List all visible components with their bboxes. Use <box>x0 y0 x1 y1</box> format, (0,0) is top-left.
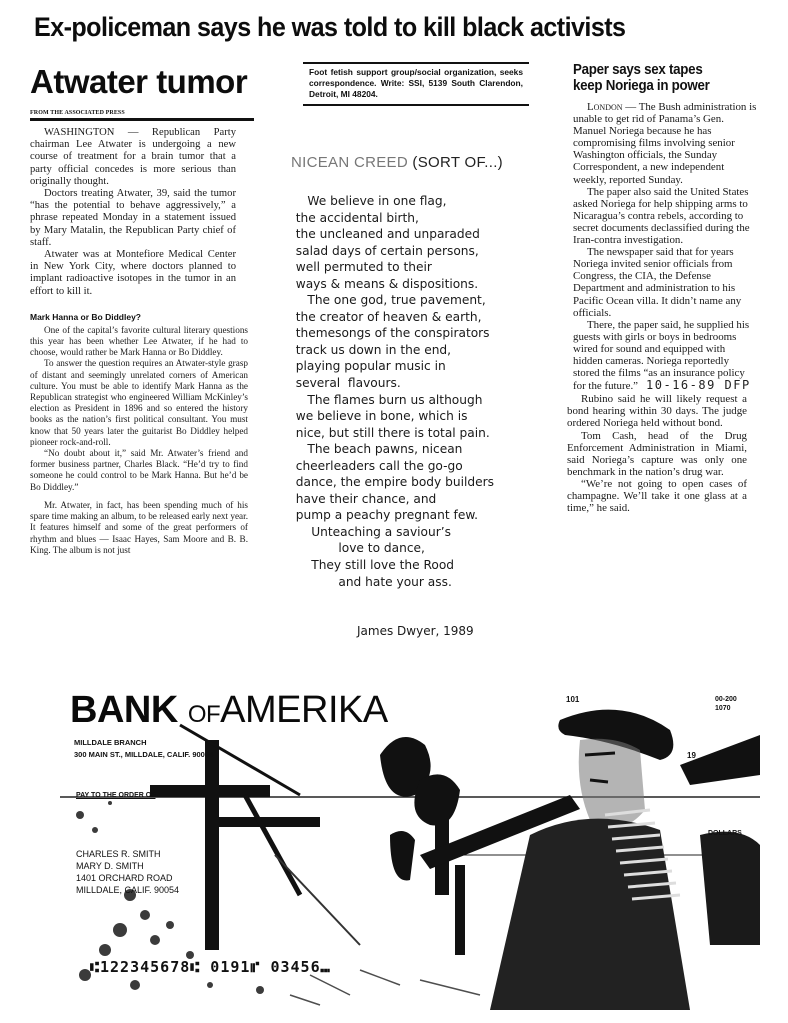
bank-logo: BANK OFAMERIKA <box>70 689 388 732</box>
poem-title-suffix: (SORT OF...) <box>412 154 503 171</box>
rubino-paragraph: Rubino said he will likely request a bon… <box>567 393 747 429</box>
poem-text: We believe in one flag, the accidental b… <box>288 193 535 590</box>
dateline: London <box>587 101 623 113</box>
poem-title-main: NICEAN CREED <box>291 154 408 171</box>
atwater-paragraph: One of the capital’s favorite cultural l… <box>30 325 248 359</box>
atwater-paragraph: “No doubt about it,” said Mr. Atwater’s … <box>30 448 248 493</box>
atwater-subhead: Mark Hanna or Bo Diddley? <box>30 312 250 322</box>
routing-fraction: 00-200 1070 <box>715 695 737 713</box>
bank-name-part3: AMERIKA <box>220 689 388 731</box>
branch-line2: 300 MAIN ST., MILLDALE, CALIF. 90054 <box>74 749 213 761</box>
byline: FROM THE ASSOCIATED PRESS <box>30 110 250 116</box>
bank-check-collage: BANK OFAMERIKA MILLDALE BRANCH 300 MAIN … <box>60 685 760 1010</box>
dollars-label: DOLLARS <box>708 830 742 837</box>
atwater-paragraph: To answer the question requires an Atwat… <box>30 358 248 448</box>
byline-rule <box>30 118 254 121</box>
atwater-paragraph: Doctors treating Atwater, 39, said the t… <box>30 188 236 249</box>
branch-line1: MILLDALE BRANCH <box>74 737 213 749</box>
atwater-article: Atwater tumor FROM THE ASSOCIATED PRESS … <box>30 62 250 556</box>
atwater-body-2: One of the capital’s favorite cultural l… <box>30 325 248 556</box>
noriega-paragraph: The newspaper said that for years Norieg… <box>573 246 757 319</box>
noriega-paragraph: — The Bush administration is unable to g… <box>573 101 756 186</box>
noriega-headline-line2: keep Noriega in power <box>573 78 742 94</box>
pay-to-label: PAY TO THE ORDER OF <box>76 792 155 799</box>
noriega-article: Paper says sex tapes keep Noriega in pow… <box>573 62 757 514</box>
account-holder-block: CHARLES R. SMITH MARY D. SMITH 1401 ORCH… <box>76 848 179 896</box>
holder-line1: CHARLES R. SMITH <box>76 848 179 860</box>
holder-line4: MILLDALE, CALIF. 90054 <box>76 884 179 896</box>
poem-title: NICEAN CREED (SORT OF...) <box>291 154 535 171</box>
rubino-paragraph: “We’re not going to open cases of champa… <box>567 478 747 514</box>
rubino-article: Rubino said he will likely request a bon… <box>567 393 747 514</box>
bank-name-part1: BANK <box>70 689 178 731</box>
check-number: 101 <box>566 695 579 704</box>
atwater-paragraph: Atwater was at Montefiore Medical Center… <box>30 249 236 298</box>
poem-author: James Dwyer, 1989 <box>357 624 535 638</box>
bank-name-part2: OF <box>188 701 220 728</box>
top-headline: Ex-policeman says he was told to kill bl… <box>34 12 704 43</box>
rubino-paragraph: Tom Cash, head of the Drug Enforcement A… <box>567 430 747 478</box>
noriega-headline-line1: Paper says sex tapes <box>573 62 742 78</box>
middle-column: Foot fetish support group/social organiz… <box>303 62 535 638</box>
noriega-body: London — The Bush administration is unab… <box>573 101 757 392</box>
atwater-body: WASHINGTON — Republican Party chairman L… <box>30 127 236 298</box>
handwritten-date-note: 10-16-89 DFP <box>646 378 751 392</box>
noriega-paragraph: The paper also said the United States as… <box>573 186 757 246</box>
atwater-headline: Atwater tumor <box>30 62 250 102</box>
holder-line3: 1401 ORCHARD ROAD <box>76 872 179 884</box>
date-year-prefix: 19 <box>687 751 696 760</box>
classified-ad: Foot fetish support group/social organiz… <box>303 62 529 106</box>
holder-line2: MARY D. SMITH <box>76 860 179 872</box>
noriega-headline: Paper says sex tapes keep Noriega in pow… <box>573 62 742 94</box>
bank-branch-address: MILLDALE BRANCH 300 MAIN ST., MILLDALE, … <box>74 737 213 761</box>
atwater-paragraph: Mr. Atwater, in fact, has been spending … <box>30 500 248 556</box>
micr-line: ⑆122345678⑆ 0191⑈ 03456⑉ <box>90 958 331 976</box>
atwater-paragraph: WASHINGTON — Republican Party chairman L… <box>30 127 236 188</box>
